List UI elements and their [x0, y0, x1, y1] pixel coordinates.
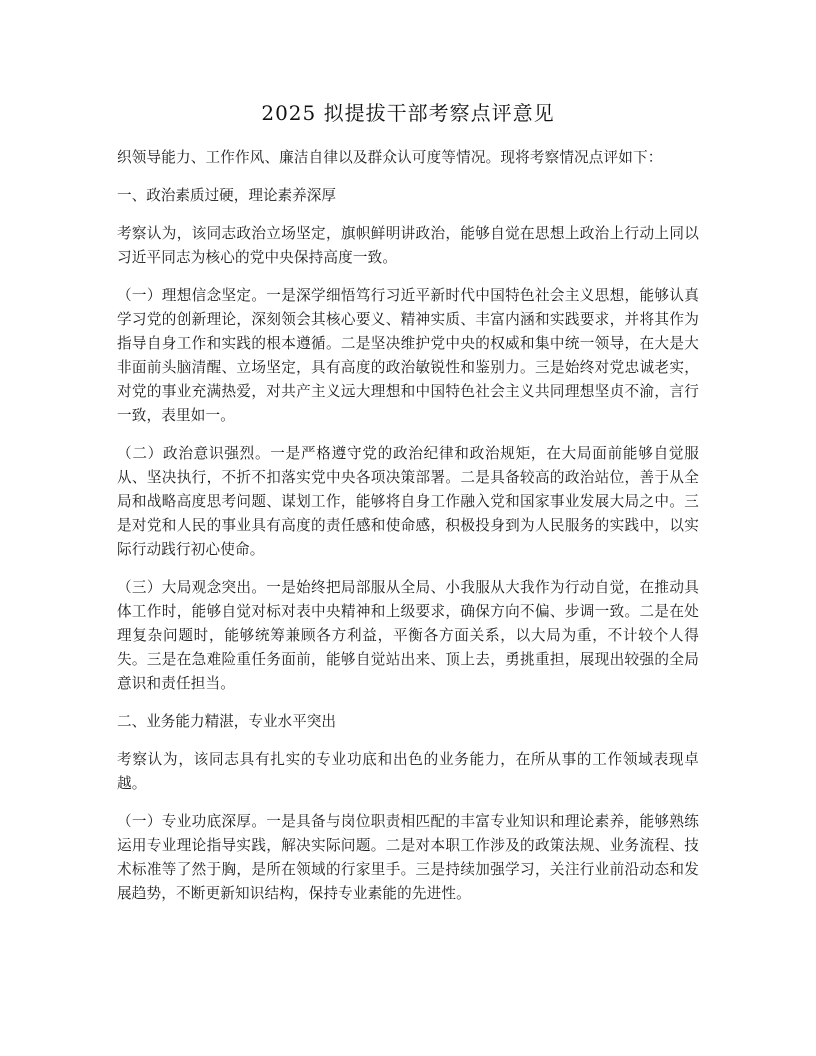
section-1-item-2: （二）政治意识强烈。一是严格遵守党的政治纪律和政治规矩，在大局面前能够自觉服从、…	[117, 442, 699, 562]
intro-paragraph: 织领导能力、工作作风、廉洁自律以及群众认可度等情况。现将考察情况点评如下：	[117, 146, 699, 170]
section-2-item-1: （一）专业功底深厚。一是具备与岗位职责相匹配的丰富专业知识和理论素养，能够熟练运…	[117, 810, 699, 906]
document-title: 2025 拟提拔干部考察点评意见	[117, 99, 699, 127]
section-1-item-3: （三）大局观念突出。一是始终把局部服从全局、小我服从大我作为行动自觉，在推动具体…	[117, 576, 699, 696]
section-1-item-1: （一）理想信念坚定。一是深学细悟笃行习近平新时代中国特色社会主义思想，能够认真学…	[117, 284, 699, 428]
section-heading-1: 一、政治素质过硬，理论素养深厚	[117, 184, 699, 208]
document-body: 织领导能力、工作作风、廉洁自律以及群众认可度等情况。现将考察情况点评如下： 一、…	[117, 146, 699, 920]
section-2-summary: 考察认为，该同志具有扎实的专业功底和出色的业务能力，在所从事的工作领域表现卓越。	[117, 748, 699, 796]
section-1-summary: 考察认为，该同志政治立场坚定，旗帜鲜明讲政治，能够自觉在思想上政治上行动上同以习…	[117, 222, 699, 270]
section-heading-2: 二、业务能力精湛，专业水平突出	[117, 710, 699, 734]
